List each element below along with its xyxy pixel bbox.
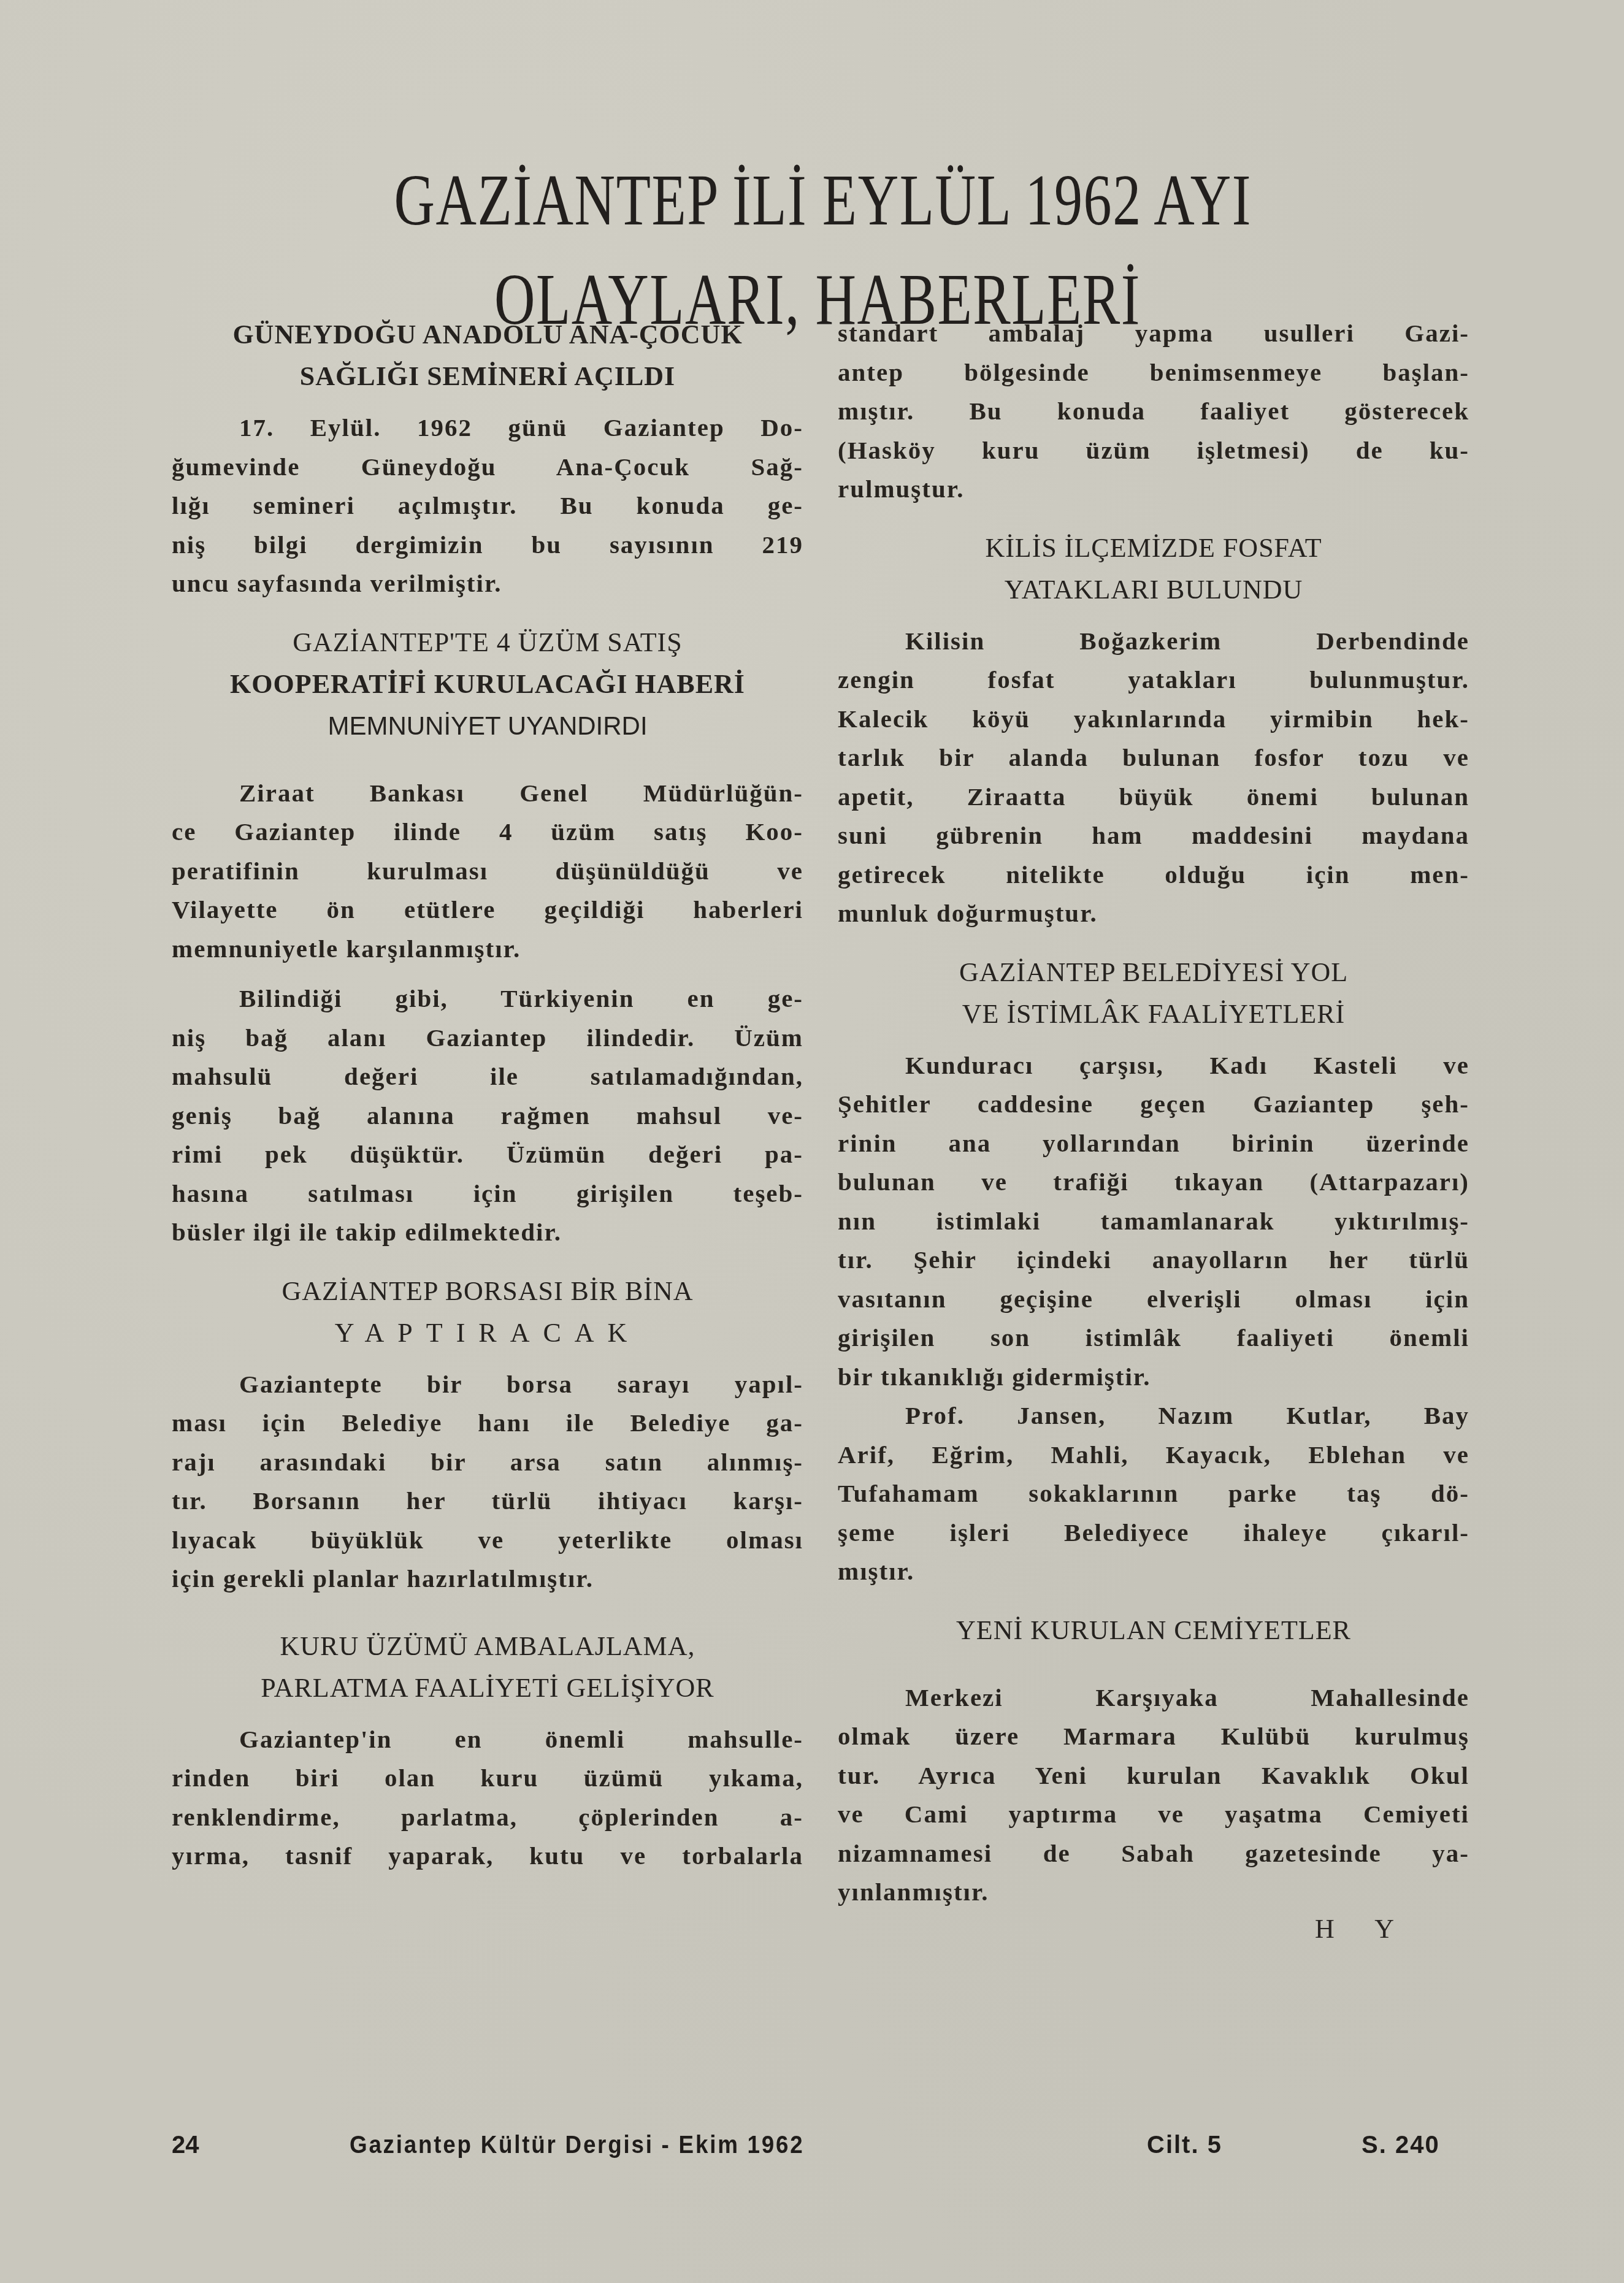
body-uzum-kooperatif-p1: Ziraat Bankası Genel Müdürlüğün- ce Gazi… <box>172 774 803 969</box>
headline-kuru-uzum: KURU ÜZÜMÜ AMBALAJLAMA, PARLATMA FAALİYE… <box>172 1626 803 1709</box>
body-belediye-p1: Kunduracı çarşısı, Kadı Kasteli ve Şehit… <box>838 1046 1469 1397</box>
article-kuru-uzum-continued: standart ambalaj yapma usulleri Gazi- an… <box>838 314 1469 509</box>
body-uzum-kooperatif-p2: Bilindiği gibi, Türkiyenin en ge- niş ba… <box>172 979 803 1252</box>
body-borsa: Gaziantepte bir borsa sarayı yapıl- ması… <box>172 1365 803 1599</box>
body-fosfat: Kilisin Boğazkerim Derbendinde zengin fo… <box>838 622 1469 933</box>
article-uzum-kooperatif: GAZİANTEP'TE 4 ÜZÜM SATIŞ KOOPERATİFİ KU… <box>172 622 803 1252</box>
headline-borsa: GAZİANTEP BORSASI BİR BİNA YAPTIRACAK <box>172 1271 803 1354</box>
article-fosfat: KİLİS İLÇEMİZDE FOSFAT YATAKLARI BULUNDU… <box>838 527 1469 933</box>
body-belediye-p2: Prof. Jansen, Nazım Kutlar, Bay Arif, Eğ… <box>838 1396 1469 1591</box>
magazine-name-date: Gaziantep Kültür Dergisi - Ekim 1962 <box>350 2132 805 2159</box>
article-ana-cocuk: GÜNEYDOĞU ANADOLU ANA-ÇOCUK SAĞLIĞI SEMİ… <box>172 314 803 603</box>
article-kuru-uzum: KURU ÜZÜMÜ AMBALAJLAMA, PARLATMA FAALİYE… <box>172 1626 803 1876</box>
author-signature: H Y <box>838 1912 1469 1946</box>
body-kuru-uzum-right: standart ambalaj yapma usulleri Gazi- an… <box>838 314 1469 509</box>
headline-ana-cocuk: GÜNEYDOĞU ANADOLU ANA-ÇOCUK SAĞLIĞI SEMİ… <box>172 314 803 397</box>
right-column: standart ambalaj yapma usulleri Gazi- an… <box>838 314 1469 1946</box>
body-kuru-uzum-left: Gaziantep'in en önemli mahsulle- rinden … <box>172 1720 803 1876</box>
page-footer: 24 Gaziantep Kültür Dergisi - Ekim 1962 … <box>172 2132 1466 2168</box>
headline-belediye: GAZİANTEP BELEDİYESİ YOL VE İSTİMLÂK FAA… <box>838 952 1469 1035</box>
article-cemiyetler: YENİ KURULAN CEMİYETLER Merkezi Karşıyak… <box>838 1610 1469 1946</box>
volume-label: Cilt. 5 <box>1147 2132 1222 2159</box>
body-cemiyetler: Merkezi Karşıyaka Mahallesinde olmak üze… <box>838 1678 1469 1912</box>
headline-fosfat: KİLİS İLÇEMİZDE FOSFAT YATAKLARI BULUNDU <box>838 527 1469 611</box>
left-column: GÜNEYDOĞU ANADOLU ANA-ÇOCUK SAĞLIĞI SEMİ… <box>172 314 803 1876</box>
magazine-page: GAZİANTEP İLİ EYLÜL 1962 AYI OLAYLARI, H… <box>0 0 1624 2283</box>
issue-label: S. 240 <box>1362 2132 1440 2159</box>
headline-cemiyetler: YENİ KURULAN CEMİYETLER <box>838 1610 1469 1651</box>
article-belediye: GAZİANTEP BELEDİYESİ YOL VE İSTİMLÂK FAA… <box>838 952 1469 1591</box>
headline-uzum-kooperatif: GAZİANTEP'TE 4 ÜZÜM SATIŞ KOOPERATİFİ KU… <box>172 622 803 747</box>
body-ana-cocuk: 17. Eylül. 1962 günü Gaziantep Do- ğumev… <box>172 408 803 603</box>
article-borsa: GAZİANTEP BORSASI BİR BİNA YAPTIRACAK Ga… <box>172 1271 803 1599</box>
page-title-line-1: GAZİANTEP İLİ EYLÜL 1962 AYI <box>180 159 1456 242</box>
page-number: 24 <box>172 2132 199 2159</box>
